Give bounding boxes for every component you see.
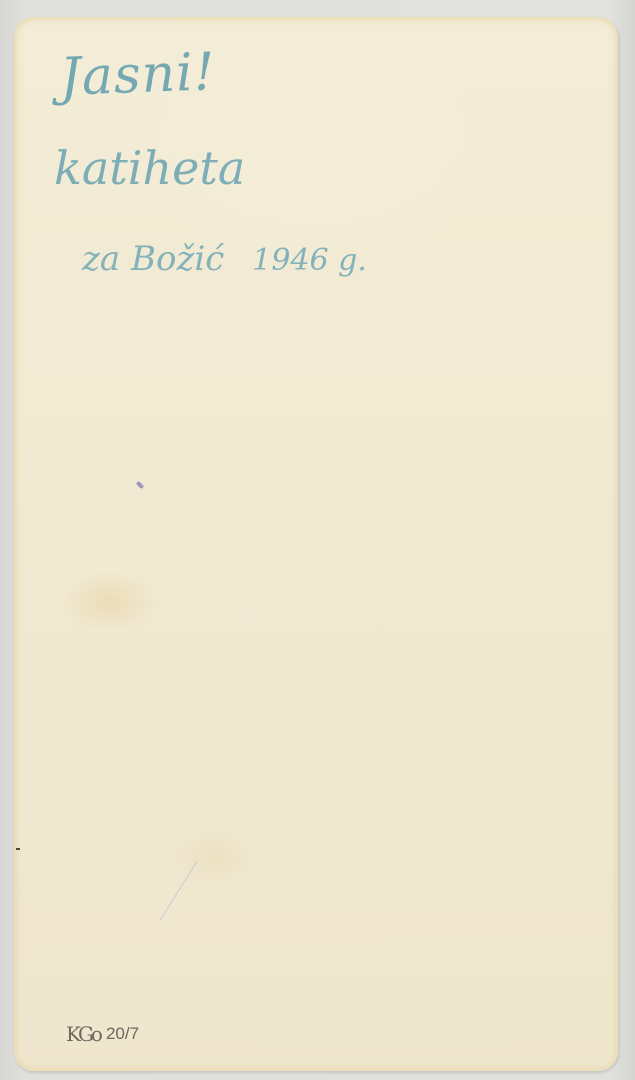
- printer-logo-icon: KGo: [66, 1022, 100, 1046]
- handwritten-year: 1946 g.: [252, 243, 367, 278]
- printer-code: 20/7: [106, 1024, 139, 1044]
- handwritten-greeting: Jasni!: [59, 42, 217, 107]
- card-back: Jasni! katiheta za Božić1946 g. KGo 20/7: [14, 17, 618, 1071]
- handwritten-occasion: za Božić1946 g.: [82, 239, 367, 279]
- handwritten-occasion-text: za Božić: [82, 239, 224, 279]
- printer-mark: KGo 20/7: [66, 1022, 139, 1046]
- edge-mark: [16, 848, 20, 850]
- handwritten-name: katiheta: [54, 141, 245, 195]
